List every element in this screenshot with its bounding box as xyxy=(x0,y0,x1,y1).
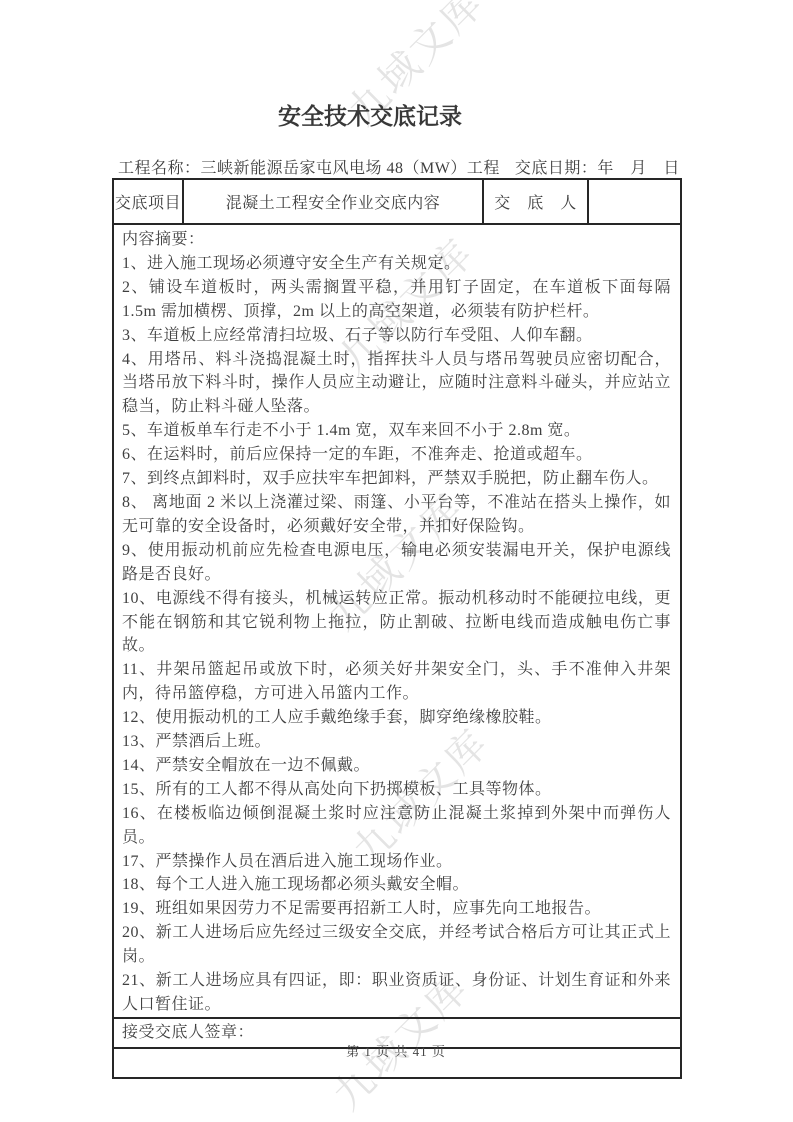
content-row: 内容摘要： 1、进入施工现场必须遵守安全生产有关规定。2、铺设车道板时，两头需搁… xyxy=(113,224,681,1018)
content-item: 13、严禁酒后上班。 xyxy=(122,730,671,754)
content-cell: 内容摘要： 1、进入施工现场必须遵守安全生产有关规定。2、铺设车道板时，两头需搁… xyxy=(113,224,681,1018)
content-item: 21、新工人进场应具有四证，即：职业资质证、身份证、计划生育证和外来人口暂住证。 xyxy=(122,969,671,1017)
content-item: 9、使用振动机前应先检查电源电压，输电必须安装漏电开关，保护电源线路是否良好。 xyxy=(122,539,671,587)
table-header-row: 交底项目 混凝土工程安全作业交底内容 交 底 人 xyxy=(113,179,681,224)
content-item: 11、井架吊篮起吊或放下时，必须关好井架安全门，头、手不准伸入井架内，待吊篮停稳… xyxy=(122,658,671,706)
content-item: 19、班组如果因劳力不足需要再招新工人时，应事先向工地报告。 xyxy=(122,897,671,921)
disclosure-item-label-cell: 交底项目 xyxy=(113,179,183,224)
page-title: 安全技术交底记录 xyxy=(112,98,680,131)
project-name-label: 工程名称： xyxy=(118,160,201,177)
content-item: 3、车道板上应经常清扫垃圾、石子等以防行车受阻、人仰车翻。 xyxy=(122,324,671,348)
content-item: 4、用塔吊、料斗浇捣混凝土时，指挥扶斗人员与塔吊驾驶员应密切配合，当塔吊放下料斗… xyxy=(122,348,671,420)
project-name-value: 三峡新能源岳家屯风电场 48（MW）工程 xyxy=(201,160,500,177)
content-item: 7、到终点卸料时，双手应扶牢车把卸料，严禁双手脱把，防止翻车伤人。 xyxy=(122,467,671,491)
content-items: 1、进入施工现场必须遵守安全生产有关规定。2、铺设车道板时，两头需搁置平稳，并用… xyxy=(122,252,671,1017)
discloser-value-cell xyxy=(588,179,681,224)
content-item: 6、在运料时，前后应保持一定的车距，不准奔走、抢道或超车。 xyxy=(122,443,671,467)
page-footer: 第 1 页 共 41 页 xyxy=(112,1041,680,1060)
document-page: 九域文库 九域文库 九域文库 九域文库 九域文库 安全技术交底记录 工程名称：三… xyxy=(0,0,793,1122)
content-item: 14、严禁安全帽放在一边不佩戴。 xyxy=(122,754,671,778)
content-item: 16、在楼板临边倾倒混凝土浆时应注意防止混凝土浆掉到外架中而弹伤人员。 xyxy=(122,802,671,850)
disclosure-item-value-cell: 混凝土工程安全作业交底内容 xyxy=(183,179,483,224)
content-item: 17、严禁操作人员在酒后进入施工现场作业。 xyxy=(122,850,671,874)
content-item: 18、每个工人进入施工现场都必须头戴安全帽。 xyxy=(122,873,671,897)
disclosure-date-value: 年 月 日 xyxy=(597,160,680,177)
content-item: 10、电源线不得有接头，机械运转应正常。振动机移动时不能硬拉电线，更不能在钢筋和… xyxy=(122,587,671,659)
disclosure-table: 交底项目 混凝土工程安全作业交底内容 交 底 人 内容摘要： 1、进入施工现场必… xyxy=(112,178,682,1079)
content-item: 15、所有的工人都不得从高处向下扔掷模板、工具等物体。 xyxy=(122,778,671,802)
content-item: 12、使用振动机的工人应手戴绝缘手套，脚穿绝缘橡胶鞋。 xyxy=(122,706,671,730)
content-item: 1、进入施工现场必须遵守安全生产有关规定。 xyxy=(122,252,671,276)
disclosure-date-label: 交底日期： xyxy=(515,160,598,177)
content-item: 2、铺设车道板时，两头需搁置平稳，并用钉子固定，在车道板下面每隔 1.5m 需加… xyxy=(122,276,671,324)
discloser-label-cell: 交 底 人 xyxy=(483,179,588,224)
meta-line: 工程名称：三峡新能源岳家屯风电场 48（MW）工程交底日期：年 月 日 xyxy=(118,155,718,178)
content-item: 5、车道板单车行走不小于 1.4m 宽，双车来回不小于 2.8m 宽。 xyxy=(122,419,671,443)
content-item: 20、新工人进场后应先经过三级安全交底，并经考试合格后方可让其正式上岗。 xyxy=(122,921,671,969)
content-item: 8、 离地面 2 米以上浇灌过梁、雨篷、小平台等，不准站在搭头上操作，如无可靠的… xyxy=(122,491,671,539)
content-summary-label: 内容摘要： xyxy=(122,228,671,252)
